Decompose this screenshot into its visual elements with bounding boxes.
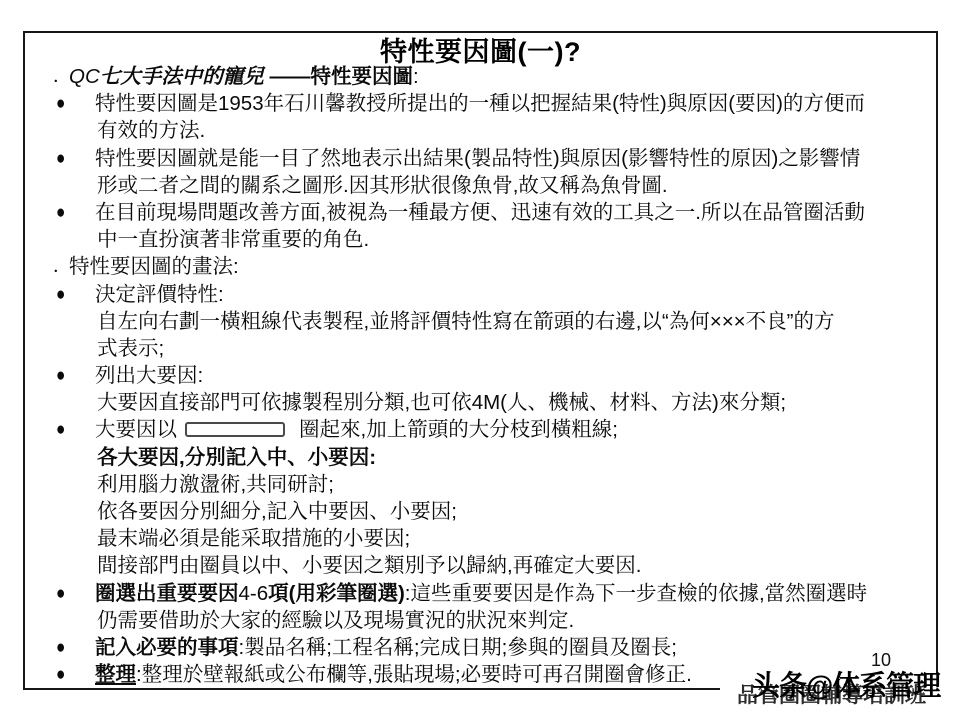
bullet-icon: ● (56, 634, 65, 661)
text-segment: 特性要因圖就是能一目了然地表示出結果(製品特性)與原因(影響特性的原因)之影響情 (95, 147, 860, 170)
dot-marker-icon: ． (53, 253, 71, 280)
text-segment: 特性要因圖的畫法: (69, 255, 239, 278)
text-line: ●在目前現場問題改善方面,被視為一種最方便、迅速有效的工具之一.所以在品管圈活動 (23, 199, 938, 226)
watermark: 头条@体系管理 (752, 664, 940, 704)
bullet-icon: ● (56, 90, 65, 117)
text-line: ●決定評價特性: (23, 281, 938, 308)
text-line: ．QC七大手法中的寵兒 ——特性要因圖: (23, 63, 938, 90)
dot-marker-icon: ． (53, 63, 71, 90)
text-segment: 4-6 (239, 582, 269, 605)
text-segment: QC (69, 65, 100, 88)
bullet-icon: ● (56, 199, 65, 226)
text-segment: 圈選出重要要因 (95, 582, 239, 605)
text-line: 利用腦力激盪術,共同研討; (23, 471, 938, 498)
bullet-icon: ● (56, 416, 65, 443)
text-segment: —— (264, 65, 311, 88)
bullet-icon: ● (56, 281, 65, 308)
text-segment: 式表示; (97, 337, 164, 360)
text-line: 仍需要借助於大家的經驗以及現場實況的狀況來判定. (23, 607, 938, 634)
text-line: 有效的方法. (23, 117, 938, 144)
bullet-icon: ● (56, 661, 65, 688)
blank-frame-box (185, 422, 285, 437)
text-segment: 記入必要的事項 (95, 636, 239, 659)
text-segment: 在目前現場問題改善方面,被視為一種最方便、迅速有效的工具之一.所以在品管圈活動 (95, 201, 865, 224)
text-line: 中一直扮演著非常重要的角色. (23, 226, 938, 253)
text-segment: 間接部門由圈員以中、小要因之類別予以歸納,再確定大要因. (97, 554, 641, 577)
text-line: 各大要因,分別記入中、小要因: (23, 444, 938, 471)
bullet-icon: ● (56, 362, 65, 389)
text-segment: 大要因直接部門可依據製程別分類,也可依4M(人、機械、材料、方法)來分類; (97, 391, 786, 414)
text-segment: 整理 (95, 663, 136, 686)
text-segment: 有效的方法. (97, 119, 205, 142)
text-segment: :整理於壁報紙或公布欄等,張貼現場;必要時可再召開圈會修正. (136, 663, 692, 686)
text-line: ●記入必要的事項:製品名稱;工程名稱;完成日期;參與的圈員及圈長; (23, 634, 938, 661)
text-line: 式表示; (23, 335, 938, 362)
text-line: 形或二者之間的關系之圖形.因其形狀很像魚骨,故又稱為魚骨圖. (23, 172, 938, 199)
text-segment: 最末端必須是能采取措施的小要因; (97, 527, 410, 550)
bullet-icon: ● (56, 145, 65, 172)
text-line: ●圈選出重要要因4-6項(用彩筆圈選):這些重要要因是作為下一步查檢的依據,當然… (23, 580, 938, 607)
text-segment: 依各要因分別細分,記入中要因、小要因; (97, 500, 457, 523)
text-segment: 項(用彩筆圈選) (268, 582, 405, 605)
text-segment: 特性要因圖是1953年石川馨教授所提出的一種以把握結果(特性)與原因(要因)的方… (95, 92, 865, 115)
text-line: ●大要因以圈起來,加上箭頭的大分枝到橫粗線; (23, 416, 938, 443)
text-segment: 特性要因圖 (310, 65, 413, 88)
text-line: 自左向右劃一橫粗線代表製程,並將評價特性寫在箭頭的右邊,以“為何×××不良”的方 (23, 308, 938, 335)
text-line: ●特性要因圖就是能一目了然地表示出結果(製品特性)與原因(影響特性的原因)之影響… (23, 145, 938, 172)
text-line: 間接部門由圈員以中、小要因之類別予以歸納,再確定大要因. (23, 552, 938, 579)
text-segment: 七大手法中的寵兒 (100, 65, 264, 88)
text-segment: 各大要因,分別記入中、小要因: (97, 446, 376, 469)
text-line: ●特性要因圖是1953年石川馨教授所提出的一種以把握結果(特性)與原因(要因)的… (23, 90, 938, 117)
text-segment: :這些重要要因是作為下一步查檢的依據,當然圈選時 (405, 582, 867, 605)
text-line: 大要因直接部門可依據製程別分類,也可依4M(人、機械、材料、方法)來分類; (23, 389, 938, 416)
text-segment: 仍需要借助於大家的經驗以及現場實況的狀況來判定. (97, 609, 574, 632)
text-segment: 圈起來,加上箭頭的大分枝到橫粗線; (299, 418, 618, 441)
text-line: 依各要因分別細分,記入中要因、小要因; (23, 498, 938, 525)
text-segment: : (413, 65, 419, 88)
text-segment: 自左向右劃一橫粗線代表製程,並將評價特性寫在箭頭的右邊,以“為何×××不良”的方 (97, 310, 834, 333)
text-segment: 決定評價特性: (95, 283, 224, 306)
bullet-icon: ● (56, 580, 65, 607)
slide-body: ．QC七大手法中的寵兒 ——特性要因圖: ●特性要因圖是1953年石川馨教授所提… (23, 63, 938, 688)
page-number: 10 (871, 650, 891, 671)
text-segment: 列出大要因: (95, 364, 203, 387)
text-segment: 大要因以 (95, 418, 177, 441)
text-line: 最末端必須是能采取措施的小要因; (23, 525, 938, 552)
text-segment: :製品名稱;工程名稱;完成日期;參與的圈員及圈長; (239, 636, 677, 659)
text-segment: 形或二者之間的關系之圖形.因其形狀很像魚骨,故又稱為魚骨圖. (97, 174, 668, 197)
text-line: ．特性要因圖的畫法: (23, 253, 938, 280)
text-line: ●列出大要因: (23, 362, 938, 389)
text-segment: 中一直扮演著非常重要的角色. (97, 228, 369, 251)
text-segment: 利用腦力激盪術,共同研討; (97, 473, 334, 496)
